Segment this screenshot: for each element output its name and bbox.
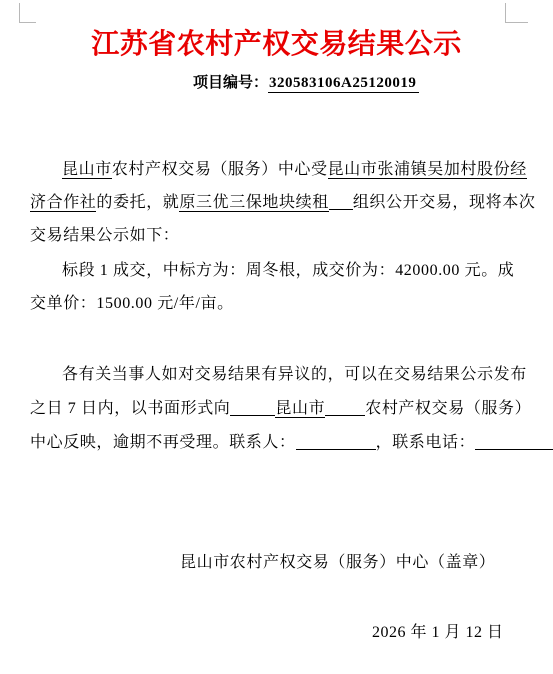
text-run: 农村产权交易（服务）中心受: [112, 161, 328, 178]
text-run: 中心反映，逾期不再受理。联系人：: [30, 434, 296, 451]
underlined-text: 原三优三保地块续租: [179, 194, 328, 212]
text-line: 交易结果公示如下：: [30, 219, 530, 252]
text-line: 交单价：1500.00 元/年/亩。: [30, 287, 530, 320]
text-run: ，联系电话：: [376, 434, 476, 451]
date-line: 2026 年 1 月 12 日: [372, 616, 504, 649]
blank-underline-field: [230, 400, 275, 416]
text-run: 交单价：1500.00 元/年/亩。: [30, 295, 234, 312]
text-line: 昆山市农村产权交易（服务）中心受昆山市张浦镇吴加村股份经: [30, 153, 530, 186]
underlined-text: 昆山市: [275, 400, 325, 418]
text-line: 济合作社的委托，就原三优三保地块续租组织公开交易，现将本次: [30, 186, 530, 219]
paragraph-intro: 昆山市农村产权交易（服务）中心受昆山市张浦镇吴加村股份经济合作社的委托，就原三优…: [30, 153, 530, 252]
text-run: 标段 1 成交，中标方为：周冬根，成交价为：42000.00 元。成: [62, 262, 514, 279]
project-number-line: 项目编号：320583106A25120019: [193, 72, 419, 94]
text-line: 中心反映，逾期不再受理。联系人：，联系电话：。: [30, 426, 530, 460]
text-run: 交易结果公示如下：: [30, 227, 179, 244]
document-page: 江苏省农村产权交易结果公示 项目编号：320583106A25120019 昆山…: [0, 0, 553, 674]
text-line: 各有关当事人如对交易结果有异议的，可以在交易结果公示发布: [30, 358, 530, 392]
blank-underline-field: [296, 434, 376, 450]
text-line: 标段 1 成交，中标方为：周冬根，成交价为：42000.00 元。成: [30, 254, 530, 287]
project-number-value: 320583106A25120019: [268, 75, 419, 93]
paragraph-result: 标段 1 成交，中标方为：周冬根，成交价为：42000.00 元。成交单价：15…: [30, 254, 530, 320]
underlined-text: 昆山市: [62, 161, 112, 179]
underlined-text: 济合作社: [30, 194, 96, 212]
underlined-text: 昆山市张浦镇吴加村股份经: [328, 161, 527, 179]
text-line: 之日 7 日内，以书面形式向昆山市农村产权交易（服务）: [30, 392, 530, 426]
blank-underline-field: [329, 194, 353, 210]
paragraph-objection: 各有关当事人如对交易结果有异议的，可以在交易结果公示发布之日 7 日内，以书面形…: [30, 358, 530, 460]
text-run: 各有关当事人如对交易结果有异议的，可以在交易结果公示发布: [62, 366, 527, 383]
blank-underline-field: [475, 434, 553, 450]
project-number-label: 项目编号：: [193, 75, 268, 91]
signature-line: 昆山市农村产权交易（服务）中心（盖章）: [180, 546, 495, 579]
text-run: 的委托，就: [96, 194, 179, 211]
blank-underline-field: [325, 400, 365, 416]
document-title: 江苏省农村产权交易结果公示: [0, 22, 553, 62]
page-corner-mark-left: [19, 3, 36, 23]
text-run: 组织公开交易，现将本次: [353, 194, 536, 211]
text-run: 之日 7 日内，以书面形式向: [30, 400, 230, 417]
page-corner-mark-right: [505, 3, 528, 23]
text-run: 农村产权交易（服务）: [365, 400, 531, 417]
